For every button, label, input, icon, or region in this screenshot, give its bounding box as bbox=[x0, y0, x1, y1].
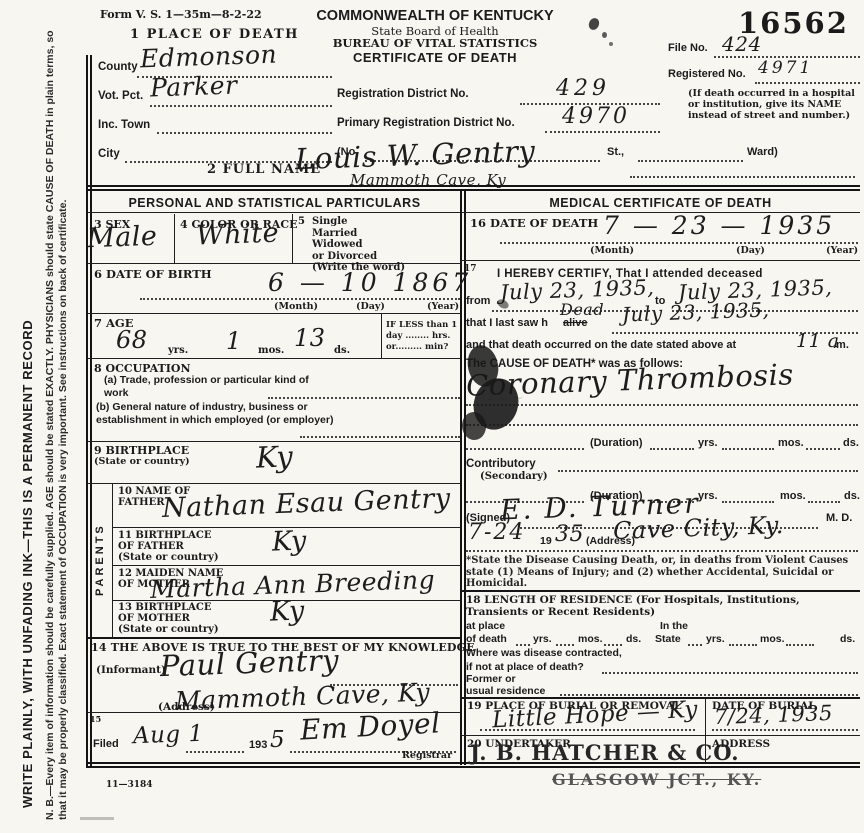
where-contracted-label: Where was disease contracted, bbox=[466, 647, 622, 659]
cell-divider bbox=[292, 214, 293, 263]
father-birthplace-value: Ky bbox=[271, 525, 307, 557]
dotted-line bbox=[466, 550, 858, 552]
dotted-line bbox=[466, 448, 584, 450]
dotted-line bbox=[808, 501, 840, 503]
dotted-line bbox=[722, 501, 774, 503]
primary-district-value: 4970 bbox=[562, 104, 630, 129]
rule bbox=[88, 263, 460, 264]
precinct-label: Vot. Pct. bbox=[98, 90, 143, 102]
dob-label: 6 DATE OF BIRTH bbox=[94, 267, 212, 281]
undertaker-stamp: J. B. HATCHER & CO. bbox=[470, 740, 740, 765]
if-less-note: IF LESS than 1 day ........ hrs. or.....… bbox=[386, 320, 457, 353]
dotted-line bbox=[722, 448, 774, 450]
sex-value: Male bbox=[86, 221, 157, 254]
ink-smudge bbox=[587, 16, 601, 31]
secondary-label: (Secondary) bbox=[480, 471, 548, 482]
dotted-line bbox=[604, 644, 622, 646]
last-saw-label: that I last saw h bbox=[466, 317, 548, 329]
dotted-line bbox=[300, 436, 460, 438]
dotted-line bbox=[516, 644, 530, 646]
contributory-label: Contributory bbox=[466, 458, 536, 470]
age-days-value: 13 bbox=[294, 324, 326, 352]
informant-label: (Informant) bbox=[96, 664, 166, 676]
duration-yrs-label: yrs. bbox=[698, 437, 718, 449]
rule bbox=[88, 212, 460, 213]
former-label: Former or bbox=[466, 673, 516, 685]
medical-section-title: MEDICAL CERTIFICATE OF DEATH bbox=[463, 196, 858, 210]
ink-smudge bbox=[602, 32, 607, 38]
dotted-line bbox=[466, 424, 858, 426]
duration-ds-label: ds. bbox=[843, 437, 859, 449]
birthplace-sub-label: (State or country) bbox=[94, 456, 190, 467]
of-death-label: of death bbox=[466, 633, 507, 645]
margin-note: N. B.—Every item of information should b… bbox=[44, 25, 70, 820]
last-saw-date-value: July 23, 1935, bbox=[622, 297, 770, 326]
dob-year-label: (Year) bbox=[427, 301, 459, 312]
bureau-subtitle: BUREAU OF VITAL STATISTICS bbox=[295, 36, 575, 50]
rule bbox=[88, 637, 460, 639]
undertaker-address-label: ADDRESS bbox=[712, 738, 770, 750]
duration-mos-label: mos. bbox=[780, 490, 806, 502]
undertaker-address-stamp: GLASGOW JCT., KY. bbox=[552, 770, 761, 789]
registrar-signature: Em Doyel bbox=[299, 706, 441, 746]
dob-day-label: (Day) bbox=[356, 301, 385, 312]
dead-overwrite-value: Dead bbox=[560, 300, 604, 319]
registered-no-label: Registered No. bbox=[668, 68, 746, 80]
precinct-value: Parker bbox=[150, 70, 238, 102]
duration-yrs-label: yrs. bbox=[698, 490, 718, 502]
county-label: County bbox=[98, 61, 138, 73]
dotted-line bbox=[186, 751, 244, 753]
inc-town-label: Inc. Town bbox=[98, 119, 150, 131]
dotted-line bbox=[466, 404, 858, 406]
dotted-line bbox=[806, 448, 840, 450]
dod-month-label: (Month) bbox=[590, 245, 634, 256]
marital-option: or Divorced bbox=[312, 251, 405, 263]
age-yrs-label: yrs. bbox=[168, 345, 188, 356]
marital-option: Single bbox=[312, 216, 405, 228]
if-less-line: IF LESS than 1 bbox=[386, 320, 457, 331]
in-the-label: In the bbox=[660, 620, 688, 632]
signed-date-value: 7-24 bbox=[468, 520, 525, 545]
certify-number: 17 bbox=[464, 264, 477, 274]
filed-number: 15 bbox=[90, 714, 101, 724]
rule bbox=[461, 735, 860, 736]
full-name-residence: Mammoth Cave, Ky bbox=[350, 171, 506, 189]
mother-birthplace-value: Ky bbox=[269, 595, 305, 627]
age-years-value: 68 bbox=[116, 326, 148, 354]
mother-birthplace-label: 13 BIRTHPLACE OF MOTHER (State or countr… bbox=[118, 602, 219, 635]
usual-residence-label: usual residence bbox=[466, 685, 545, 697]
rule bbox=[461, 260, 860, 261]
dotted-line bbox=[268, 397, 460, 399]
if-less-line: day ........ hrs. bbox=[386, 331, 457, 342]
cause-footnote: *State the Disease Causing Death, or, in… bbox=[466, 555, 858, 590]
state-mos-label: mos. bbox=[760, 633, 785, 645]
dotted-line bbox=[140, 298, 460, 300]
marital-options: Single Married Widowed or Divorced (Writ… bbox=[312, 216, 405, 274]
dod-year-label: (Year) bbox=[826, 245, 858, 256]
form-number: Form V. S. 1—35m—8-2-22 bbox=[100, 8, 262, 21]
filed-year-printed: 193 bbox=[249, 739, 267, 751]
occupation-a-label: (a) Trade, profession or particular kind… bbox=[104, 374, 319, 399]
city-label: City bbox=[98, 148, 120, 160]
cell-divider bbox=[381, 313, 382, 358]
dob-month-label: (Month) bbox=[274, 301, 318, 312]
form-code: 11—3184 bbox=[106, 780, 153, 790]
file-no-label: File No. bbox=[668, 42, 708, 54]
age-ds-label: ds. bbox=[334, 345, 350, 356]
date-of-death-value: 7 — 23 — 1935 bbox=[603, 211, 835, 240]
dotted-line bbox=[150, 105, 332, 107]
street-ward-label: Ward) bbox=[747, 146, 778, 158]
registration-district-value: 429 bbox=[556, 76, 610, 101]
primary-district-label: Primary Registration District No. bbox=[337, 117, 515, 129]
occupation-b-label: (b) General nature of industry, business… bbox=[96, 401, 346, 426]
dotted-line bbox=[500, 242, 858, 244]
dob-value: 6 — 10 1867 bbox=[268, 268, 472, 297]
informant-value: Paul Gentry bbox=[159, 643, 339, 683]
registrar-label: Registrar bbox=[402, 750, 452, 761]
at-place-label: at place bbox=[466, 620, 505, 632]
full-name-value: Louis W. Gentry bbox=[294, 134, 535, 176]
state-ds-label: ds. bbox=[840, 633, 855, 645]
signed-address-value: Cave City, Ky. bbox=[613, 511, 785, 545]
ink-smudge bbox=[609, 42, 613, 46]
certificate-title: CERTIFICATE OF DEATH bbox=[295, 50, 575, 65]
dotted-line bbox=[630, 176, 855, 178]
filed-date-value: Aug 1 bbox=[133, 721, 204, 749]
duration-mos-label: mos. bbox=[778, 437, 804, 449]
dotted-line bbox=[638, 160, 743, 162]
death-time-m-label: .m. bbox=[833, 339, 849, 351]
dotted-line bbox=[558, 470, 858, 472]
filed-label: Filed bbox=[93, 738, 119, 750]
scan-artifact bbox=[80, 817, 114, 820]
if-less-line: or......... min? bbox=[386, 342, 457, 353]
rule bbox=[88, 313, 460, 314]
if-not-label: if not at place of death? bbox=[466, 661, 584, 673]
father-name-value: Nathan Esau Gentry bbox=[162, 483, 452, 524]
dotted-line bbox=[755, 82, 860, 84]
hospital-note: (If death occurred in a hospital or inst… bbox=[688, 88, 860, 121]
death-certificate-scan: WRITE PLAINLY, WITH UNFADING INK—THIS IS… bbox=[0, 0, 864, 833]
rule bbox=[461, 590, 860, 592]
dotted-line bbox=[556, 644, 574, 646]
marital-option: Married bbox=[312, 228, 405, 240]
marital-number: 5 bbox=[298, 216, 305, 227]
filed-year-value: 5 bbox=[270, 727, 285, 753]
state-label: State bbox=[655, 633, 681, 645]
birthplace-value: Ky bbox=[255, 439, 293, 474]
dotted-line bbox=[157, 132, 332, 134]
res-mos-label: mos. bbox=[578, 633, 603, 645]
dotted-line bbox=[560, 694, 858, 696]
dotted-line bbox=[650, 448, 694, 450]
dotted-line bbox=[688, 644, 702, 646]
county-value: Edmonson bbox=[140, 40, 278, 74]
form-left-border bbox=[86, 55, 92, 767]
dotted-line bbox=[786, 644, 814, 646]
dotted-line bbox=[602, 672, 858, 674]
date-of-burial-value: 7/24, 1935 bbox=[714, 701, 834, 729]
attended-from-label: from bbox=[466, 295, 490, 307]
death-occurred-label: and that death occurred on the date stat… bbox=[466, 339, 736, 351]
duration-ds-label: ds. bbox=[844, 490, 860, 502]
res-yrs-label: yrs. bbox=[533, 633, 552, 645]
res-ds-label: ds. bbox=[626, 633, 641, 645]
residence-section-label: 18 LENGTH OF RESIDENCE (For Hospitals, I… bbox=[466, 594, 858, 618]
md-label: M. D. bbox=[826, 512, 852, 524]
date-of-death-label: 16 DATE OF DEATH bbox=[470, 216, 598, 230]
street-st-label: St., bbox=[607, 146, 624, 158]
marital-option: Widowed bbox=[312, 239, 405, 251]
dotted-line bbox=[480, 729, 695, 731]
cell-divider bbox=[112, 483, 113, 637]
father-birthplace-label: 11 BIRTHPLACE OF FATHER (State or countr… bbox=[118, 530, 219, 563]
duration-label: (Duration) bbox=[590, 437, 643, 449]
dotted-line bbox=[712, 729, 858, 731]
dod-day-label: (Day) bbox=[736, 245, 765, 256]
signed-year-printed: 19 bbox=[540, 535, 552, 547]
parents-label: PARENTS bbox=[94, 523, 106, 596]
rule bbox=[88, 358, 460, 359]
file-no-value: 424 bbox=[722, 32, 762, 56]
dotted-line bbox=[545, 131, 660, 133]
age-months-value: 1 bbox=[226, 327, 242, 355]
registration-district-label: Registration District No. bbox=[337, 88, 469, 100]
age-mos-label: mos. bbox=[258, 345, 284, 356]
cell-divider bbox=[174, 214, 175, 263]
race-value: White bbox=[195, 218, 279, 252]
margin-headline: WRITE PLAINLY, WITH UNFADING INK—THIS IS… bbox=[20, 52, 35, 808]
personal-section-title: PERSONAL AND STATISTICAL PARTICULARS bbox=[92, 196, 457, 210]
registered-no-value: 4971 bbox=[758, 58, 813, 78]
commonwealth-title: COMMONWEALTH OF KENTUCKY bbox=[295, 8, 575, 24]
signed-year-value: 35 bbox=[555, 522, 584, 547]
dotted-line bbox=[729, 644, 757, 646]
state-yrs-label: yrs. bbox=[706, 633, 725, 645]
